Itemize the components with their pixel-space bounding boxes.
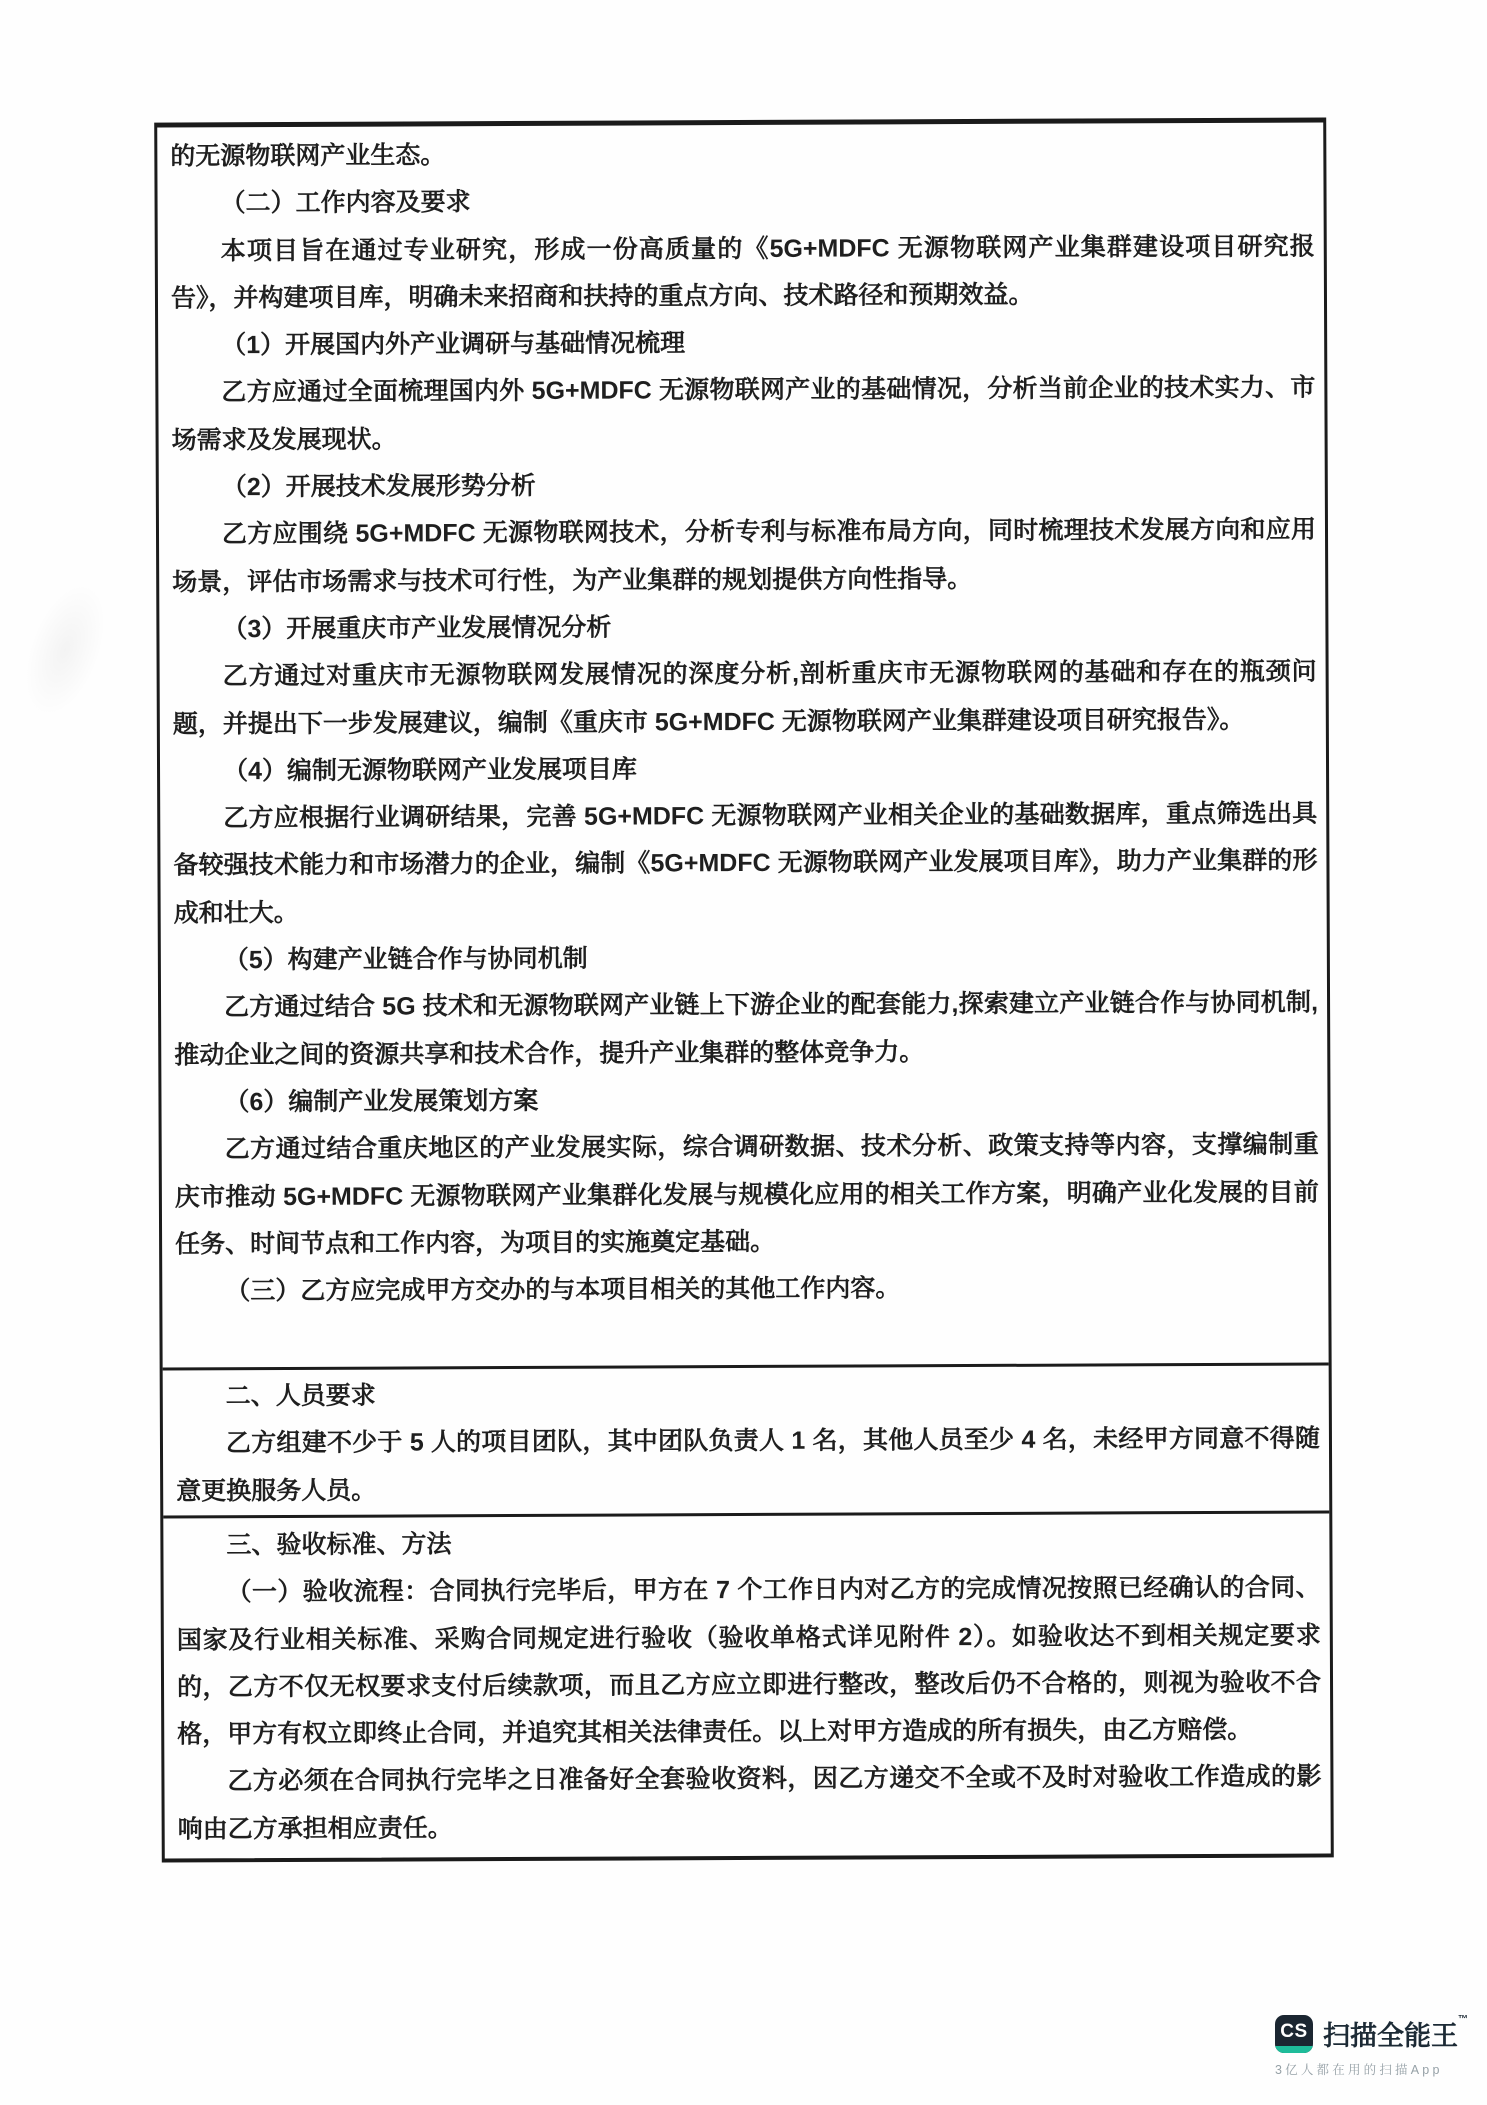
text-line: 本项目旨在通过专业研究，形成一份高质量的《5G+MDFC 无源物联网产业集群建设… [171,223,1315,323]
camscanner-app-name: 扫描全能王™ [1323,2014,1468,2053]
camscanner-logo-accent-bar [1275,2046,1313,2053]
camscanner-logo-row: CS 扫描全能王™ [1275,2014,1455,2053]
scanned-document-page: 的无源物联网产业生态。（二）工作内容及要求本项目旨在通过专业研究，形成一份高质量… [0,0,1487,2105]
text-line: 乙方通过对重庆市无源物联网发展情况的深度分析,剖析重庆市无源物联网的基础和存在的… [173,649,1317,749]
camscanner-tagline: 3亿人都在用的扫描App [1275,2060,1455,2078]
text-line: 乙方组建不少于 5 人的项目团队，其中团队负责人 1 名，其他人员至少 4 名，… [176,1416,1320,1516]
text-line: （4）编制无源物联网产业发展项目库 [173,743,1317,795]
text-line: 乙方必须在合同执行完毕之日准备好全套验收资料，因乙方递交不全或不及时对验收工作造… [177,1754,1321,1854]
text-line: 的无源物联网产业生态。 [170,129,1314,181]
trademark-symbol: ™ [1458,2014,1468,2025]
table-row-work-content: 的无源物联网产业生态。（二）工作内容及要求本项目旨在通过专业研究，形成一份高质量… [157,122,1328,1370]
table-row-personnel-requirements: 二、人员要求乙方组建不少于 5 人的项目团队，其中团队负责人 1 名，其他人员至… [163,1365,1330,1518]
camscanner-logo-letters: CS [1275,2018,1313,2046]
text-line: （5）构建产业链合作与协同机制 [174,933,1318,985]
text-line: 乙方应通过全面梳理国内外 5G+MDFC 无源物联网产业的基础情况，分析当前企业… [171,365,1315,465]
text-line: （一）验收流程：合同执行完毕后，甲方在 7 个工作日内对乙方的完成情况按照已经确… [177,1565,1322,1759]
text-line: （二）工作内容及要求 [170,176,1314,228]
text-line: 乙方应围绕 5G+MDFC 无源物联网技术，分析专利与标准布局方向，同时梳理技术… [172,507,1316,607]
text-line: 乙方通过结合 5G 技术和无源物联网产业链上下游企业的配套能力,探索建立产业链合… [174,980,1318,1080]
text-line: 三、验收标准、方法 [176,1517,1320,1569]
text-line: （三）乙方应完成甲方交办的与本项目相关的其他工作内容。 [175,1264,1319,1316]
document-table: 的无源物联网产业生态。（二）工作内容及要求本项目旨在通过专业研究，形成一份高质量… [154,117,1334,1862]
text-line: （6）编制产业发展策划方案 [174,1074,1318,1126]
camscanner-logo-icon: CS [1275,2015,1313,2053]
table-row-acceptance-standards: 三、验收标准、方法（一）验收流程：合同执行完毕后，甲方在 7 个工作日内对乙方的… [163,1513,1330,1854]
camscanner-watermark: CS 扫描全能王™ 3亿人都在用的扫描App [1275,2014,1455,2078]
text-line: 二、人员要求 [176,1368,1320,1420]
scan-artifact [8,572,122,727]
text-line: （3）开展重庆市产业发展情况分析 [172,601,1316,653]
text-line: （1）开展国内外产业调研与基础情况梳理 [171,318,1315,370]
text-line: 乙方通过结合重庆地区的产业发展实际，综合调研数据、技术分析、政策支持等内容，支撑… [175,1122,1320,1269]
text-line: 乙方应根据行业调研结果，完善 5G+MDFC 无源物联网产业相关企业的基础数据库… [173,791,1318,938]
camscanner-app-name-text: 扫描全能王 [1323,2021,1458,2051]
text-line: （2）开展技术发展形势分析 [172,460,1316,512]
